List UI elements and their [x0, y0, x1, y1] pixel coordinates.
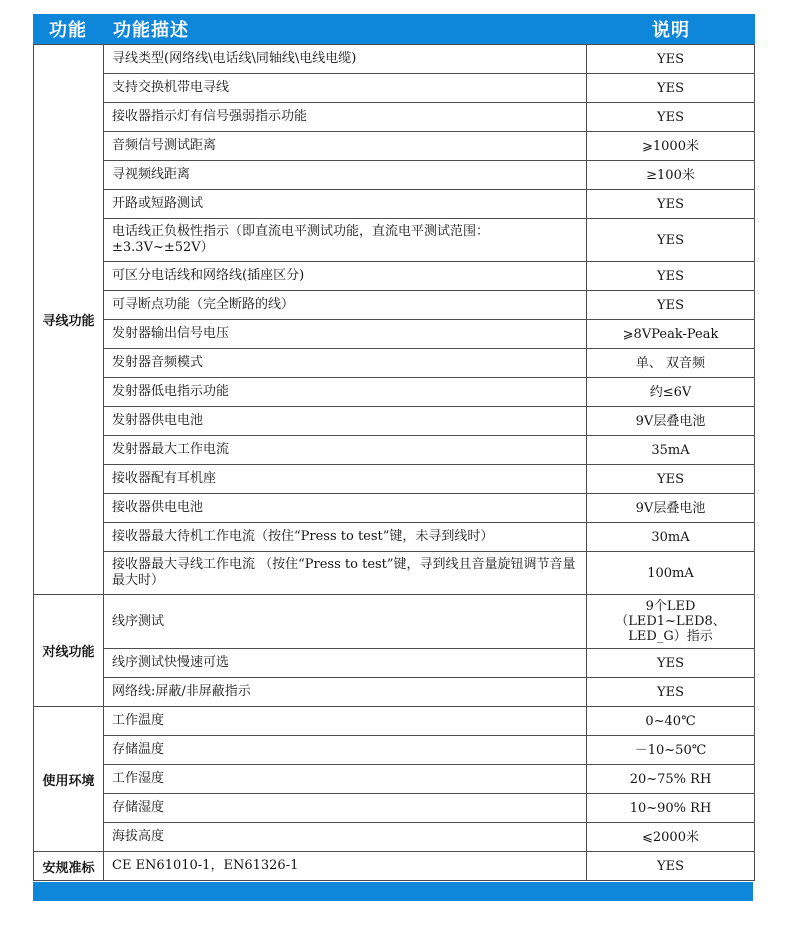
value-cell: 100mA	[587, 552, 755, 595]
table-row: 接收器指示灯有信号强弱指示功能YES	[34, 103, 755, 132]
value-cell: ≥100米	[587, 161, 755, 190]
description-cell: 开路或短路测试	[104, 190, 587, 219]
table-row: 支持交换机带电寻线YES	[34, 74, 755, 103]
value-cell: 9V层叠电池	[587, 494, 755, 523]
value-cell: YES	[587, 45, 755, 74]
group-label-cell: 寻线功能	[34, 45, 104, 595]
description-cell: 支持交换机带电寻线	[104, 74, 587, 103]
table-row: 发射器输出信号电压⩾8VPeak-Peak	[34, 320, 755, 349]
description-cell: 接收器最大待机工作电流（按住“Press to test”键，未寻到线时）	[104, 523, 587, 552]
spec-table: 寻线功能寻线类型(网络线\电话线\同轴线\电线电缆)YES支持交换机带电寻线YE…	[33, 44, 755, 881]
value-cell: 单、 双音频	[587, 349, 755, 378]
table-row: 发射器供电电池9V层叠电池	[34, 407, 755, 436]
group-label-cell: 安规准标	[34, 852, 104, 881]
header-description: 功能描述	[103, 16, 587, 42]
table-row: 电话线正负极性指示（即直流电平测试功能，直流电平测试范围：±3.3V~±52V）…	[34, 219, 755, 262]
value-cell: YES	[587, 678, 755, 707]
value-cell: 9V层叠电池	[587, 407, 755, 436]
description-cell: 网络线:屏蔽/非屏蔽指示	[104, 678, 587, 707]
value-cell: ⩾8VPeak-Peak	[587, 320, 755, 349]
value-cell: 35mA	[587, 436, 755, 465]
description-cell: 接收器供电电池	[104, 494, 587, 523]
description-cell: 发射器最大工作电流	[104, 436, 587, 465]
table-row: 发射器最大工作电流35mA	[34, 436, 755, 465]
table-row: 可区分电话线和网络线(插座区分)YES	[34, 262, 755, 291]
table-row: 发射器音频模式单、 双音频	[34, 349, 755, 378]
table-row: 海拔高度⩽2000米	[34, 823, 755, 852]
description-cell: 电话线正负极性指示（即直流电平测试功能，直流电平测试范围：±3.3V~±52V）	[104, 219, 587, 262]
value-cell: YES	[587, 465, 755, 494]
table-row: 网络线:屏蔽/非屏蔽指示YES	[34, 678, 755, 707]
value-cell: 10~90% RH	[587, 794, 755, 823]
value-cell: －10~50℃	[587, 736, 755, 765]
table-row: 安规准标CE EN61010-1，EN61326-1YES	[34, 852, 755, 881]
description-cell: CE EN61010-1，EN61326-1	[104, 852, 587, 881]
table-row: 接收器最大寻线工作电流 （按住“Press to test”键，寻到线且音量旋钮…	[34, 552, 755, 595]
description-cell: 发射器低电指示功能	[104, 378, 587, 407]
table-row: 存储湿度10~90% RH	[34, 794, 755, 823]
table-row: 开路或短路测试YES	[34, 190, 755, 219]
value-cell: YES	[587, 219, 755, 262]
table-row: 接收器供电电池9V层叠电池	[34, 494, 755, 523]
description-cell: 发射器音频模式	[104, 349, 587, 378]
value-cell: 30mA	[587, 523, 755, 552]
header-function: 功能	[33, 16, 103, 42]
value-cell: ⩽2000米	[587, 823, 755, 852]
value-cell: YES	[587, 852, 755, 881]
header-note: 说明	[587, 16, 755, 42]
table-row: 可寻断点功能（完全断路的线）YES	[34, 291, 755, 320]
table-row: 使用环境工作温度0~40℃	[34, 707, 755, 736]
table-row: 工作湿度20~75% RH	[34, 765, 755, 794]
table-row: 接收器最大待机工作电流（按住“Press to test”键，未寻到线时）30m…	[34, 523, 755, 552]
spec-table-body: 寻线功能寻线类型(网络线\电话线\同轴线\电线电缆)YES支持交换机带电寻线YE…	[34, 45, 755, 881]
description-cell: 海拔高度	[104, 823, 587, 852]
spec-page: 功能 功能描述 说明 寻线功能寻线类型(网络线\电话线\同轴线\电线电缆)YES…	[0, 0, 790, 926]
spec-table-container: 功能 功能描述 说明 寻线功能寻线类型(网络线\电话线\同轴线\电线电缆)YES…	[33, 14, 755, 901]
footer-accent-bar	[33, 882, 753, 901]
table-row: 寻视频线距离≥100米	[34, 161, 755, 190]
value-cell: ⩾1000米	[587, 132, 755, 161]
table-row: 发射器低电指示功能约≤6V	[34, 378, 755, 407]
description-cell: 存储湿度	[104, 794, 587, 823]
description-cell: 发射器输出信号电压	[104, 320, 587, 349]
description-cell: 接收器配有耳机座	[104, 465, 587, 494]
value-cell: 0~40℃	[587, 707, 755, 736]
value-cell: YES	[587, 74, 755, 103]
table-row: 寻线功能寻线类型(网络线\电话线\同轴线\电线电缆)YES	[34, 45, 755, 74]
group-label-cell: 对线功能	[34, 595, 104, 707]
value-cell: YES	[587, 649, 755, 678]
table-header: 功能 功能描述 说明	[33, 14, 755, 44]
description-cell: 可区分电话线和网络线(插座区分)	[104, 262, 587, 291]
description-cell: 线序测试快慢速可选	[104, 649, 587, 678]
value-cell: 9个LED（LED1~LED8、LED_G）指示	[587, 595, 755, 649]
table-row: 对线功能线序测试9个LED（LED1~LED8、LED_G）指示	[34, 595, 755, 649]
table-row: 接收器配有耳机座YES	[34, 465, 755, 494]
description-cell: 存储温度	[104, 736, 587, 765]
description-cell: 工作温度	[104, 707, 587, 736]
description-cell: 寻视频线距离	[104, 161, 587, 190]
value-cell: YES	[587, 103, 755, 132]
table-row: 线序测试快慢速可选YES	[34, 649, 755, 678]
table-row: 音频信号测试距离⩾1000米	[34, 132, 755, 161]
value-cell: 20~75% RH	[587, 765, 755, 794]
value-cell: YES	[587, 262, 755, 291]
value-cell: YES	[587, 190, 755, 219]
description-cell: 接收器指示灯有信号强弱指示功能	[104, 103, 587, 132]
table-row: 存储温度－10~50℃	[34, 736, 755, 765]
group-label-cell: 使用环境	[34, 707, 104, 852]
description-cell: 音频信号测试距离	[104, 132, 587, 161]
description-cell: 接收器最大寻线工作电流 （按住“Press to test”键，寻到线且音量旋钮…	[104, 552, 587, 595]
description-cell: 线序测试	[104, 595, 587, 649]
value-cell: 约≤6V	[587, 378, 755, 407]
description-cell: 发射器供电电池	[104, 407, 587, 436]
description-cell: 寻线类型(网络线\电话线\同轴线\电线电缆)	[104, 45, 587, 74]
description-cell: 可寻断点功能（完全断路的线）	[104, 291, 587, 320]
value-cell: YES	[587, 291, 755, 320]
description-cell: 工作湿度	[104, 765, 587, 794]
